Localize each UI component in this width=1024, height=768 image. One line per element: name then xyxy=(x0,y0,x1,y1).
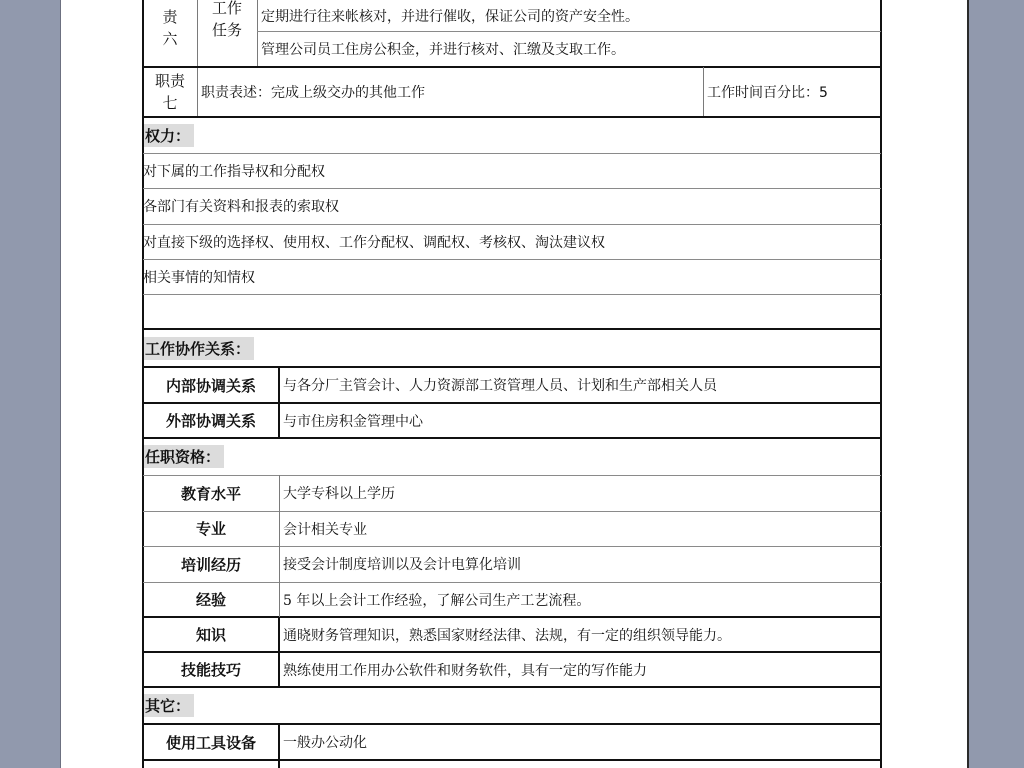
divider xyxy=(143,723,881,725)
relation-value-external: 与市住房积金管理中心 xyxy=(279,403,881,438)
qualification-label-major: 专业 xyxy=(143,511,279,546)
qualification-label-education: 教育水平 xyxy=(143,475,279,511)
divider xyxy=(143,511,881,512)
divider xyxy=(143,66,881,68)
other-value-tools: 一般办公动化 xyxy=(279,724,881,760)
divider xyxy=(143,116,881,118)
duty6-label-line2: 六 xyxy=(162,28,177,50)
duty7-description: 职责表述：完成上级交办的其他工作 xyxy=(197,67,703,117)
duty7-time-percent: 工作时间百分比：5 xyxy=(703,67,881,117)
qualification-value-knowledge: 通晓财务管理知识，熟悉国家财经法律、法规，有一定的组织领导能力。 xyxy=(279,617,881,652)
qualification-value-education: 大学专科以上学历 xyxy=(279,475,881,511)
powers-section-header: 权力： xyxy=(143,117,881,153)
qualification-label-knowledge: 知识 xyxy=(143,617,279,652)
qualifications-title: 任职资格： xyxy=(143,445,224,468)
duty6-label-line1: 责 xyxy=(162,6,177,28)
power-item: 对下属的工作指导权和分配权 xyxy=(143,153,881,188)
power-item: 相关事情的知情权 xyxy=(143,259,881,294)
divider xyxy=(197,0,198,117)
power-item: 各部门有关资料和报表的索取权 xyxy=(143,188,881,224)
relation-label-internal: 内部协调关系 xyxy=(143,367,279,403)
duty6-task-label-line1: 工作 xyxy=(212,0,242,19)
duty7-label-line2: 七 xyxy=(162,92,177,114)
divider xyxy=(143,437,881,439)
divider xyxy=(143,402,881,404)
relation-value-internal: 与各分厂主管会计、人力资源部工资管理人员、计划和生产部相关人员 xyxy=(279,367,881,403)
divider xyxy=(143,546,881,547)
relation-label-external: 外部协调关系 xyxy=(143,403,279,438)
divider xyxy=(143,582,881,583)
divider xyxy=(257,0,258,67)
divider xyxy=(143,651,881,653)
divider xyxy=(143,366,881,368)
other-section-header: 其它： xyxy=(143,687,881,724)
divider xyxy=(143,616,881,618)
divider xyxy=(143,259,881,260)
qualification-value-skills: 熟练使用工作用办公软件和财务软件，具有一定的写作能力 xyxy=(279,652,881,687)
power-item-empty xyxy=(143,294,881,329)
other-label-tools: 使用工具设备 xyxy=(143,724,279,760)
qualification-label-experience: 经验 xyxy=(143,582,279,617)
qualification-label-skills: 技能技巧 xyxy=(143,652,279,687)
divider xyxy=(143,686,881,688)
other-title: 其它： xyxy=(143,694,194,717)
divider xyxy=(143,475,881,476)
qualification-value-experience: 5 年以上会计工作经验，了解公司生产工艺流程。 xyxy=(279,582,881,617)
relations-section-header: 工作协作关系： xyxy=(143,329,881,367)
duty6-task-label: 工作 任务 xyxy=(197,0,257,50)
divider xyxy=(278,724,280,768)
duty7-label-line1: 职责 xyxy=(155,70,185,92)
relations-title: 工作协作关系： xyxy=(143,337,254,360)
duty6-task-label-line2: 任务 xyxy=(212,19,242,41)
divider xyxy=(143,188,881,189)
duty7-label: 职责 七 xyxy=(143,67,197,117)
divider xyxy=(703,67,704,117)
qualification-value-training: 接受会计制度培训以及会计电算化培训 xyxy=(279,546,881,582)
qualifications-section-header: 任职资格： xyxy=(143,438,881,475)
divider xyxy=(143,294,881,295)
divider xyxy=(143,759,881,761)
duty6-task-2: 管理公司员工住房公积金，并进行核对、汇缴及支取工作。 xyxy=(257,31,881,67)
divider xyxy=(257,31,881,32)
divider xyxy=(279,475,280,617)
divider xyxy=(143,328,881,330)
divider xyxy=(278,367,280,438)
divider xyxy=(143,224,881,225)
job-description-table: 责 六 工作 任务 定期进行往来帐核对，并进行催收，保证公司的资产安全性。 管理… xyxy=(143,0,881,768)
divider xyxy=(143,153,881,154)
power-item: 对直接下级的选择权、使用权、工作分配权、调配权、考核权、淘汰建议权 xyxy=(143,224,881,259)
powers-title: 权力： xyxy=(143,124,194,147)
duty6-task-1: 定期进行往来帐核对，并进行催收，保证公司的资产安全性。 xyxy=(257,0,881,31)
divider xyxy=(278,617,280,687)
qualification-value-major: 会计相关专业 xyxy=(279,511,881,546)
duty6-label: 责 六 xyxy=(143,0,197,67)
qualification-label-training: 培训经历 xyxy=(143,546,279,582)
